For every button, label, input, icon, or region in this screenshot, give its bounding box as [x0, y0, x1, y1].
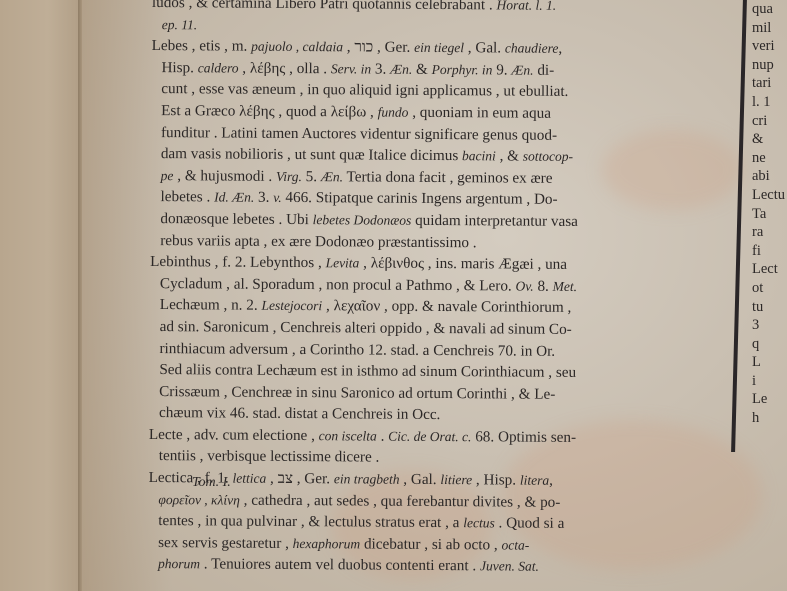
italic-text: ein tragbeth [334, 471, 400, 486]
roman-text: , λεχαῖον , opp. & navale Corinthiorum , [322, 298, 571, 317]
fragment-line: Le [752, 390, 787, 409]
italic-text: Æn. [321, 169, 343, 184]
italic-text: Porphyr. in [432, 62, 493, 77]
fragment-line: & [752, 130, 787, 149]
volume-signature: Tom. I. [192, 475, 231, 491]
roman-text: 3. [371, 60, 390, 77]
roman-text: Hisp. [161, 59, 197, 76]
italic-text: bacini [462, 148, 496, 163]
roman-text: 466. Stipatque carinis Ingens argentum ,… [282, 189, 558, 208]
roman-text: 5. [302, 168, 321, 185]
roman-text: donæosque lebetes . Ubi [160, 210, 312, 228]
fragment-line: nup [752, 56, 787, 75]
italic-text: hexaphorum [293, 536, 361, 551]
dictionary-column: ludos , & certamina Libero Patri quotann… [148, 0, 737, 579]
fragment-line: ra [752, 223, 787, 242]
roman-text: Lechæum , n. 2. [160, 296, 262, 314]
fragment-line: 3 [752, 316, 787, 335]
facing-left-page [0, 0, 80, 591]
fragment-line: tari [752, 74, 787, 93]
roman-text: . [377, 427, 389, 444]
italic-text: Met. [553, 279, 577, 294]
italic-text: Æn. [390, 61, 412, 76]
roman-text: sex servis gestaretur , [158, 534, 293, 552]
roman-text: Crissæum , Cenchreæ in sinu Saronico ad … [159, 383, 555, 403]
fragment-line: fi [752, 242, 787, 261]
roman-text: Tertia dona facit , geminos ex ære [343, 168, 553, 186]
italic-text: fundo [378, 105, 409, 120]
roman-text: dicebatur , si ab octo , [360, 535, 501, 553]
fragment-line: q [752, 335, 787, 354]
roman-text: rebus variis apta , ex ære Dodonæo præst… [160, 232, 476, 251]
roman-text: , & [496, 148, 523, 165]
roman-text: Est a Græco λέβης , quod a λείβω , [161, 102, 378, 121]
roman-text: cunt , esse vas æneum , in quo aliquid i… [161, 80, 568, 100]
roman-text: , צב , Ger. [266, 470, 334, 487]
roman-text: funditur . Latini tamen Auctores videntu… [161, 124, 557, 144]
roman-text: tentiis , verbisque lectissime dicere . [159, 448, 380, 467]
italic-text: chaudiere [505, 41, 559, 56]
fragment-line: ne [752, 149, 787, 168]
roman-text: Sed aliis contra Lechæum est in isthmo a… [159, 361, 576, 381]
fragment-line: qua [752, 0, 787, 19]
italic-text: litiere [440, 472, 472, 487]
roman-text: , Gal. [399, 471, 440, 488]
fragment-line: Ta [752, 205, 787, 224]
italic-text: Ov. [515, 278, 533, 293]
fragment-line: veri [752, 37, 787, 56]
roman-text: . Quod si a [495, 515, 565, 532]
italic-text: pajuolo , caldaia [251, 39, 343, 55]
fragment-line: cri [752, 112, 787, 131]
roman-text: & [412, 61, 432, 78]
roman-text: , quoniam in eum aqua [408, 104, 551, 122]
fragment-line: l. 1 [752, 93, 787, 112]
fragment-line: Lect [752, 260, 787, 279]
text-line: phorum . Tenuiores autem vel duobus cont… [148, 553, 733, 579]
italic-text: ein tiegel [414, 40, 464, 55]
roman-text: Lecte , adv. cum electione , [149, 426, 319, 444]
roman-text: lebetes . [161, 188, 215, 205]
roman-text: , [549, 472, 553, 489]
roman-text: , Gal. [464, 39, 505, 56]
italic-text: litera [520, 473, 549, 488]
fragment-line: ot [752, 279, 787, 298]
roman-text: di- [533, 61, 554, 78]
roman-text: Lebes , etis , m. [152, 37, 252, 55]
roman-text: 68. Optimis sen- [471, 428, 576, 446]
italic-text: Levita [326, 255, 360, 270]
adjacent-column-fragment: quamilverinuptaril. 1cri& neabiLectuTara… [752, 0, 787, 428]
italic-text: con iscelta [319, 428, 377, 443]
italic-text: pe [161, 168, 174, 183]
italic-text: φορεῖον , κλίνη [158, 492, 240, 508]
roman-text: . Tenuiores autem vel duobus contenti er… [200, 556, 480, 575]
italic-text: lebetes Dodonæos [313, 212, 412, 228]
roman-text: tentes , in qua pulvinar , & lectulus st… [158, 512, 463, 531]
roman-text: Cycladum , al. Sporadum , non procul a P… [160, 275, 516, 294]
italic-text: Æn. [511, 62, 533, 77]
roman-text: , λέβινθος , ins. maris Ægæi , una [359, 255, 567, 273]
roman-text: , כור , Ger. [343, 39, 414, 56]
roman-text: rinthiacum adversum , a Corintho 12. sta… [159, 340, 555, 360]
italic-text: Juven. Sat. [480, 559, 539, 574]
italic-text: v. [273, 190, 281, 205]
fragment-line: tu [752, 298, 787, 317]
italic-text: Lestejocori [261, 298, 322, 313]
italic-text: caldero [198, 60, 239, 75]
roman-text: , & hujusmodi . [173, 167, 276, 185]
italic-text: lettica [232, 471, 266, 486]
fragment-line: abi [752, 167, 787, 186]
italic-text: phorum [158, 556, 200, 571]
italic-text: octa- [501, 537, 529, 552]
italic-text: ep. 11. [162, 17, 197, 32]
roman-text: 3. [254, 189, 273, 206]
roman-text: 8. [534, 277, 553, 294]
roman-text: , λέβης , olla . [238, 59, 330, 77]
roman-text: ad sin. Saronicum , Cenchreis alteri opp… [160, 318, 572, 338]
roman-text: ludos , & certamina Libero Patri quotann… [152, 0, 497, 13]
italic-text: Serv. in [331, 61, 371, 76]
fragment-line: Lectu [752, 186, 787, 205]
italic-text: Id. Æn. [214, 190, 254, 205]
roman-text: 9. [492, 61, 511, 78]
roman-text: , [558, 40, 562, 57]
roman-text: , Hisp. [472, 471, 520, 488]
italic-text: Virg. [276, 169, 302, 184]
roman-text: , cathedra , aut sedes , qua ferebantur … [240, 491, 561, 510]
roman-text: chæum vix 46. stad. distat a Cenchreis i… [159, 404, 440, 423]
italic-text: Cic. de Orat. c. [388, 429, 471, 445]
italic-text: sottocop- [523, 149, 573, 164]
italic-text: Horat. l. 1. [496, 0, 556, 13]
fragment-line: L [752, 353, 787, 372]
roman-text: dam vasis nobilioris , ut sunt quæ Itali… [161, 145, 462, 164]
fragment-line: mil [752, 19, 787, 38]
fragment-line: i [752, 372, 787, 391]
italic-text: lectus [463, 515, 495, 530]
fragment-line: h [752, 409, 787, 428]
roman-text: quidam interpretantur vasa [411, 212, 578, 230]
roman-text: Lebinthus , f. 2. Lebynthos , [150, 253, 326, 271]
